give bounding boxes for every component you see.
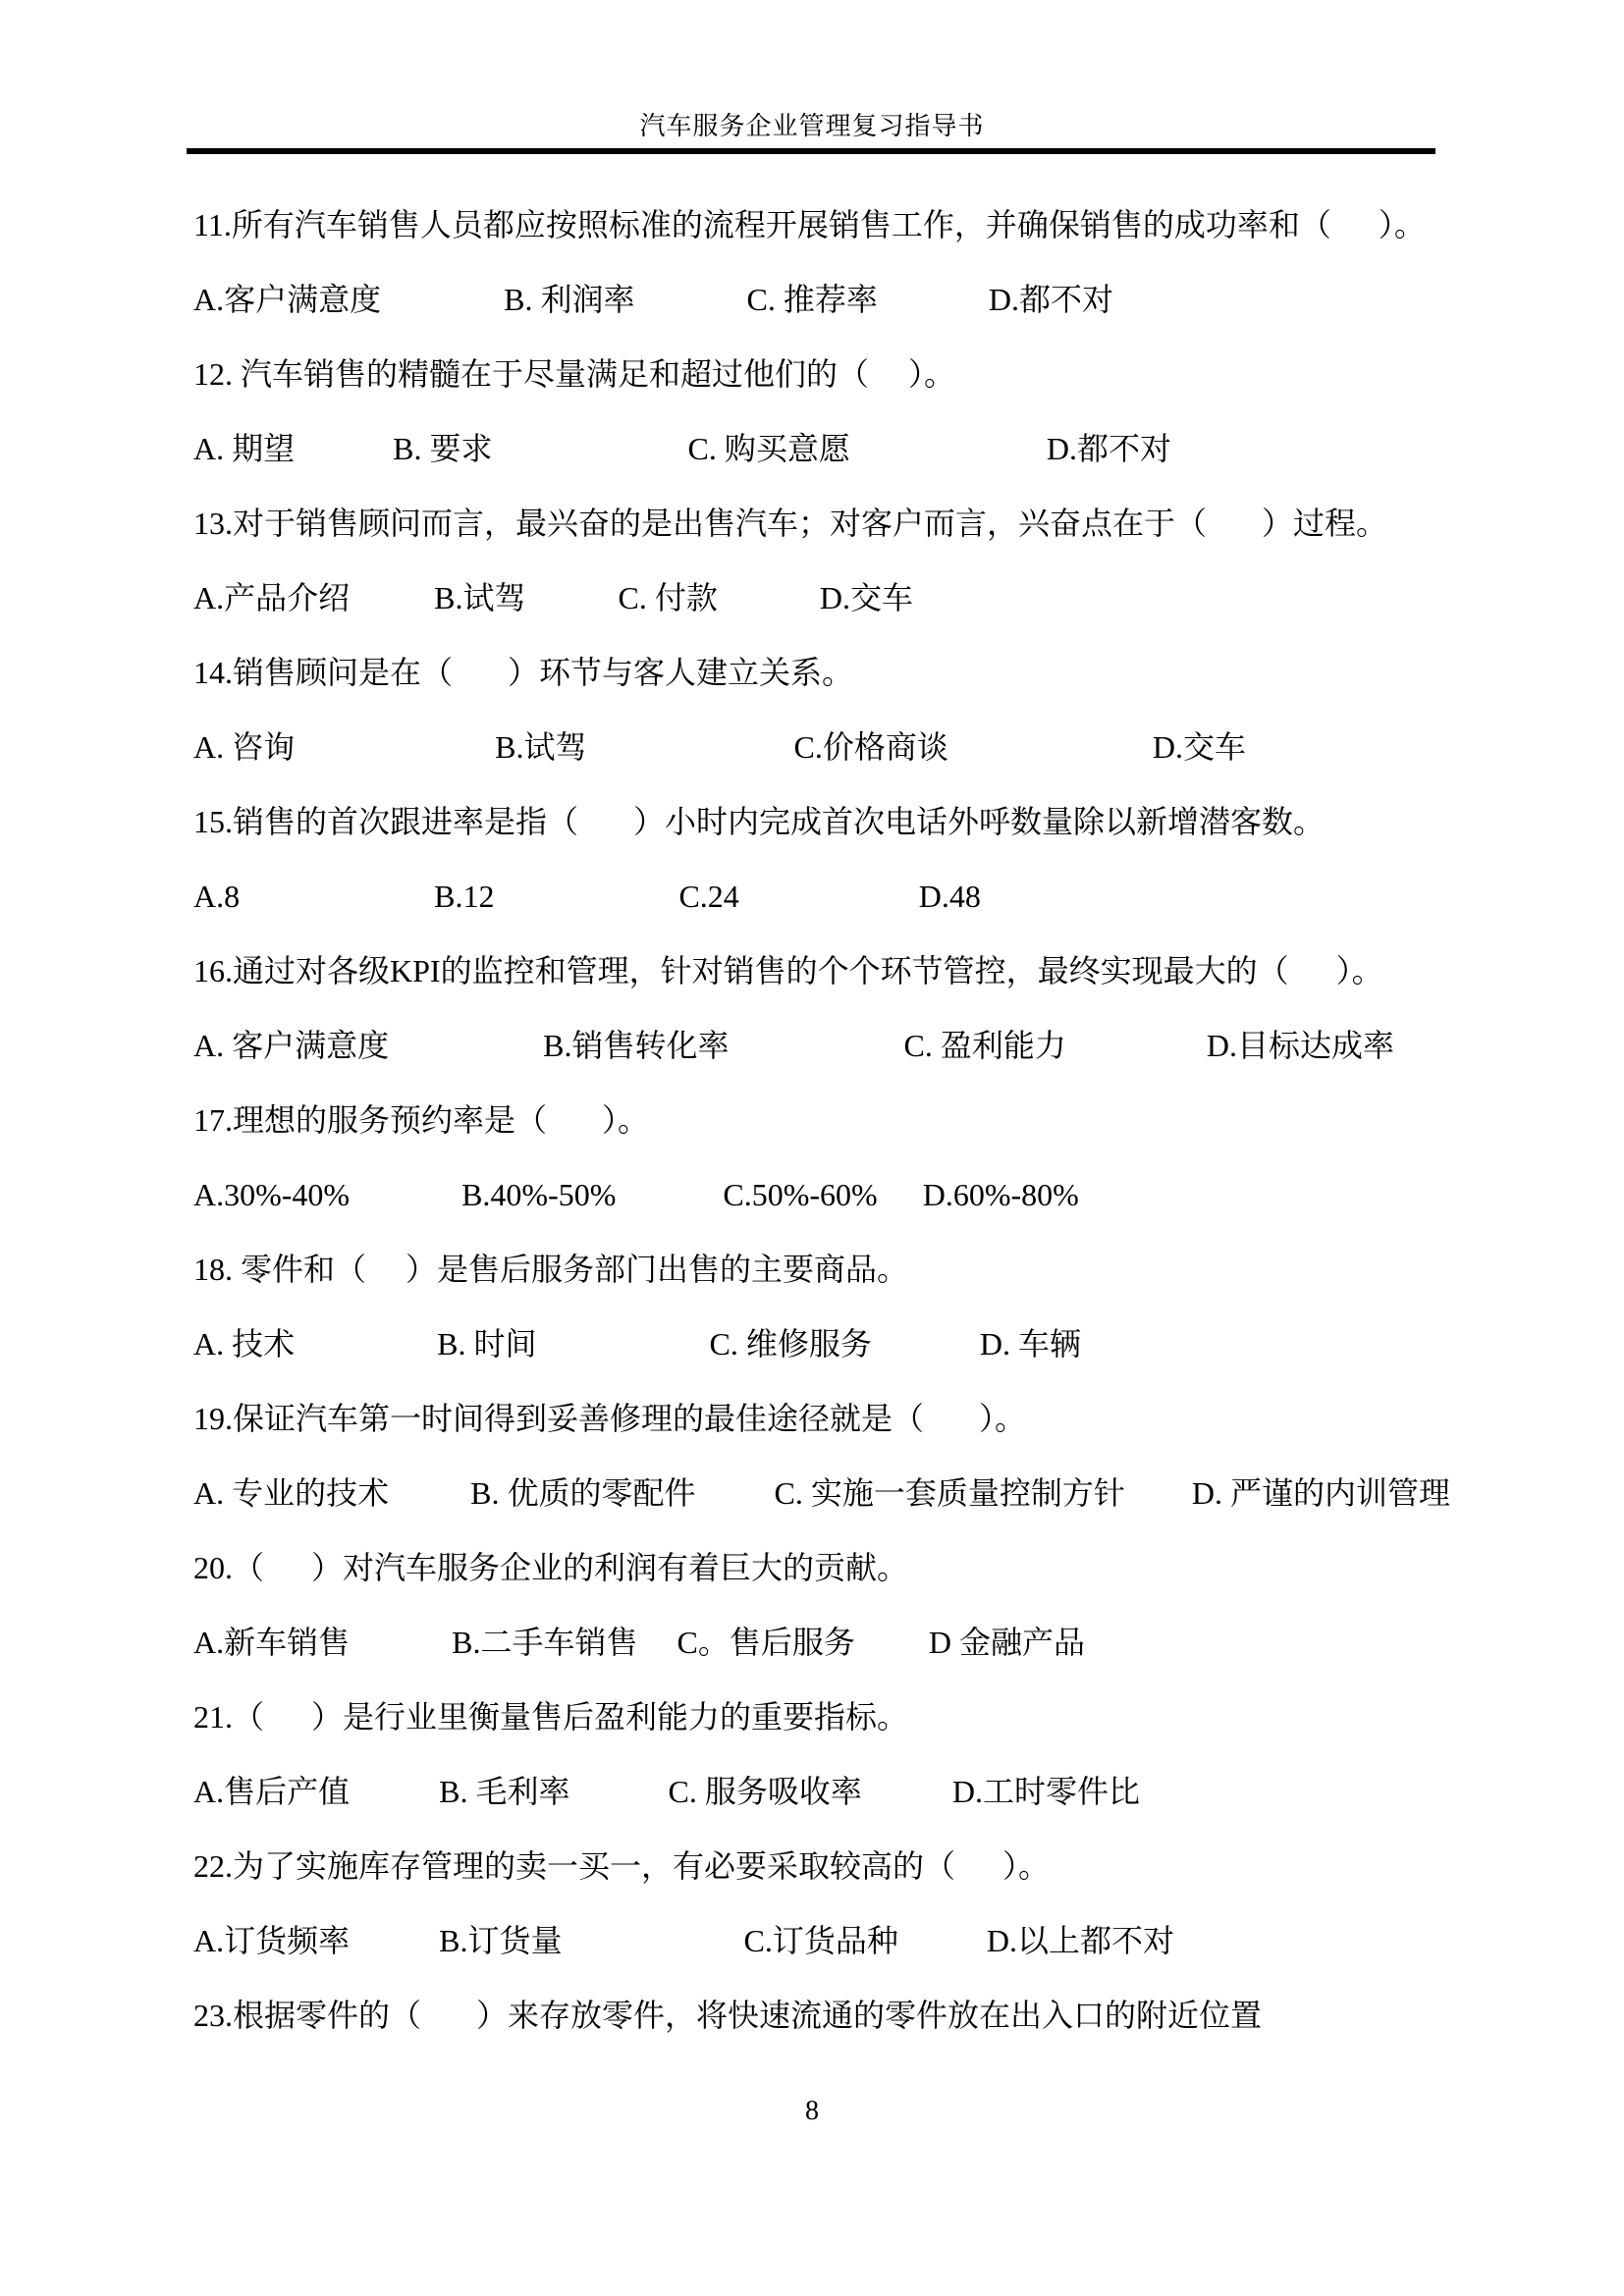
option: A. 专业的技术	[193, 1475, 389, 1511]
option: A.售后产值	[193, 1774, 350, 1809]
option: A.产品介绍	[193, 580, 350, 615]
option: D.都不对	[989, 282, 1113, 317]
question-text: 13.对于销售顾问而言，最兴奋的是出售汽车；对客户而言，兴奋点在于（ ）过程。	[193, 486, 1509, 561]
options-line: A.8B.12C.24D.48	[193, 859, 1509, 934]
question-text: 15.销售的首次跟进率是指（ ）小时内完成首次电话外呼数量除以新增潜客数。	[193, 784, 1509, 859]
option: B.二手车销售	[452, 1625, 637, 1660]
option: D.60%-80%	[923, 1177, 1079, 1212]
question-text: 23.根据零件的（ ）来存放零件，将快速流通的零件放在出入口的附近位置	[193, 1978, 1509, 2053]
option: C. 盈利能力	[903, 1028, 1065, 1063]
option: B.40%-50%	[461, 1177, 616, 1212]
option: D.交车	[1153, 729, 1246, 765]
option: A. 咨询	[193, 729, 295, 765]
options-line: A. 期望B. 要求C. 购买意愿D.都不对	[193, 411, 1509, 486]
option: C.价格商谈	[793, 729, 947, 765]
option: A.客户满意度	[193, 282, 381, 317]
exam-page: 汽车服务企业管理复习指导书 11.所有汽车销售人员都应按照标准的流程开展销售工作…	[0, 0, 1624, 2296]
option: B. 毛利率	[439, 1774, 569, 1809]
option: C. 购买意愿	[687, 431, 849, 466]
option: A.8	[193, 879, 240, 914]
option: D.48	[919, 879, 981, 914]
options-line: A. 咨询B.试驾C.价格商谈D.交车	[193, 710, 1509, 784]
options-line: A. 技术B. 时间C. 维修服务D. 车辆	[193, 1307, 1509, 1381]
option: C.50%-60%	[723, 1177, 877, 1212]
option: A. 技术	[193, 1326, 295, 1362]
question-text: 12. 汽车销售的精髓在于尽量满足和超过他们的（ ）。	[193, 337, 1509, 411]
options-line: A.产品介绍B.试驾C. 付款D.交车	[193, 561, 1509, 635]
option: B. 时间	[437, 1326, 536, 1362]
header-rule	[187, 148, 1435, 154]
option: D.都不对	[1047, 431, 1171, 466]
option: D. 严谨的内训管理	[1192, 1475, 1450, 1511]
option: B.试驾	[434, 580, 525, 615]
option: D.工时零件比	[952, 1774, 1140, 1809]
option: C.订货品种	[743, 1923, 897, 1958]
question-text: 19.保证汽车第一时间得到妥善修理的最佳途径就是（ ）。	[193, 1381, 1509, 1456]
question-text: 20.（ ）对汽车服务企业的利润有着巨大的贡献。	[193, 1530, 1509, 1605]
page-number: 8	[805, 2096, 819, 2126]
question-text: 16.通过对各级KPI的监控和管理，针对销售的个个环节管控，最终实现最大的（ ）…	[193, 934, 1509, 1008]
option: D 金融产品	[929, 1625, 1085, 1660]
option: A. 期望	[193, 431, 295, 466]
option: B.试驾	[495, 729, 586, 765]
question-list: 11.所有汽车销售人员都应按照标准的流程开展销售工作，并确保销售的成功率和（ ）…	[193, 187, 1509, 2053]
option: A. 客户满意度	[193, 1028, 389, 1063]
option: C. 服务吸收率	[668, 1774, 861, 1809]
option: D.以上都不对	[987, 1923, 1174, 1958]
option: C. 维修服务	[709, 1326, 871, 1362]
page-footer: 8	[0, 2095, 1624, 2128]
option: D.目标达成率	[1207, 1028, 1394, 1063]
options-line: A.客户满意度B. 利润率C. 推荐率D.都不对	[193, 262, 1509, 337]
options-line: A.售后产值B. 毛利率C. 服务吸收率D.工时零件比	[193, 1754, 1509, 1829]
option: B.订货量	[439, 1923, 562, 1958]
option: B. 优质的零配件	[470, 1475, 695, 1511]
option: B.12	[434, 879, 494, 914]
question-text: 18. 零件和（ ）是售后服务部门出售的主要商品。	[193, 1232, 1509, 1307]
options-line: A.订货频率B.订货量C.订货品种D.以上都不对	[193, 1903, 1509, 1978]
option: C。售后服务	[677, 1625, 854, 1660]
question-text: 22.为了实施库存管理的卖一买一，有必要采取较高的（ ）。	[193, 1829, 1509, 1903]
option: A.30%-40%	[193, 1177, 350, 1212]
question-text: 21.（ ）是行业里衡量售后盈利能力的重要指标。	[193, 1680, 1509, 1754]
question-text: 14.销售顾问是在（ ）环节与客人建立关系。	[193, 635, 1509, 710]
option: D. 车辆	[980, 1326, 1081, 1362]
option: A.新车销售	[193, 1625, 350, 1660]
options-line: A.30%-40%B.40%-50%C.50%-60%D.60%-80%	[193, 1157, 1509, 1232]
option: C. 推荐率	[746, 282, 877, 317]
option: C. 付款	[618, 580, 717, 615]
options-line: A. 客户满意度B.销售转化率C. 盈利能力D.目标达成率	[193, 1008, 1509, 1083]
question-text: 11.所有汽车销售人员都应按照标准的流程开展销售工作，并确保销售的成功率和（ ）…	[193, 187, 1509, 262]
option: D.交车	[820, 580, 913, 615]
option: B. 利润率	[504, 282, 634, 317]
option: B. 要求	[393, 431, 492, 466]
options-line: A.新车销售B.二手车销售C。售后服务D 金融产品	[193, 1605, 1509, 1680]
options-line: A. 专业的技术B. 优质的零配件C. 实施一套质量控制方针D. 严谨的内训管理	[193, 1456, 1509, 1530]
option: C. 实施一套质量控制方针	[774, 1475, 1124, 1511]
option: C.24	[678, 879, 738, 914]
question-text: 17.理想的服务预约率是（ ）。	[193, 1083, 1509, 1157]
option: B.销售转化率	[543, 1028, 729, 1063]
option: A.订货频率	[193, 1923, 350, 1958]
document-title: 汽车服务企业管理复习指导书	[0, 112, 1624, 141]
